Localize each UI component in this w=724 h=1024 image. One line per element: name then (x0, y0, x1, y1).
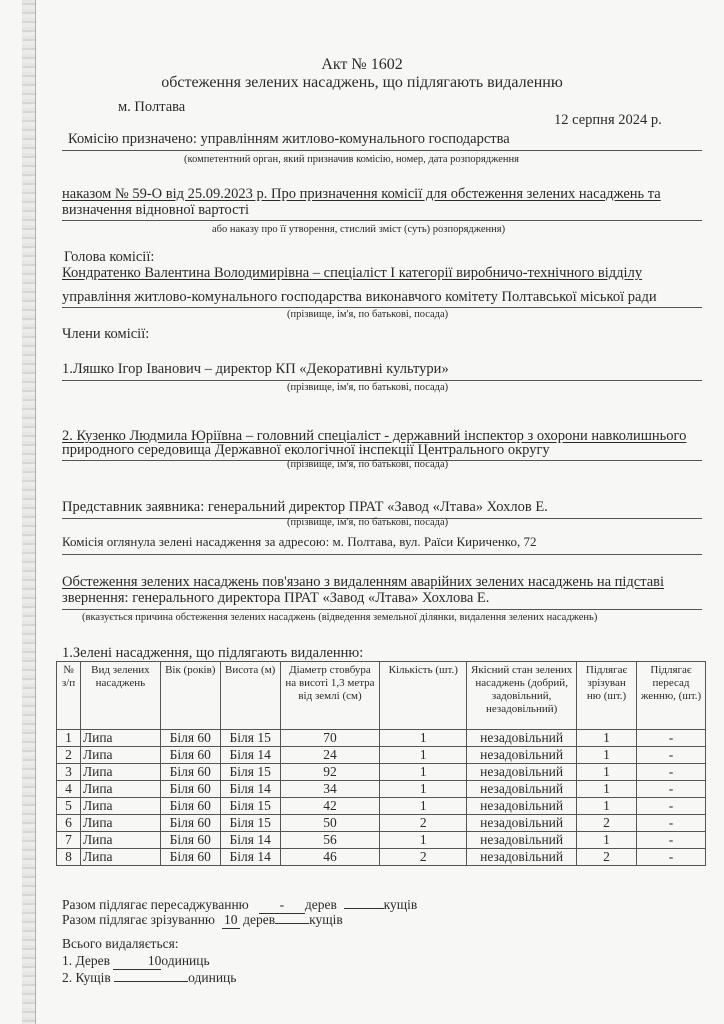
divider (62, 609, 702, 610)
act-date: 12 серпня 2024 р. (554, 112, 662, 129)
col-header-age: Вік (років) (160, 662, 220, 730)
member-2-hint: (прізвище, ім'я, по батькові, посада) (287, 459, 448, 470)
inspection-address: Комісія оглянула зелені насадження за ад… (62, 534, 536, 550)
total-cut: Разом підлягає зрізуванню 10 деревкущів (62, 912, 343, 929)
cell-diameter: 50 (280, 815, 380, 832)
cell-height: Біля 15 (220, 798, 280, 815)
cell-quantity: 2 (380, 815, 467, 832)
cell-to-cut: 1 (577, 730, 637, 747)
total-transplant-bushes (344, 908, 384, 909)
cell-height: Біля 15 (220, 815, 280, 832)
divider (62, 307, 702, 308)
cell-number: 3 (57, 764, 81, 781)
removed-bushes-label: 2. Кущів (62, 970, 111, 985)
trees-word: дерев (305, 897, 337, 912)
cell-to-cut: 1 (577, 747, 637, 764)
cell-height: Біля 14 (220, 781, 280, 798)
cell-age: Біля 60 (160, 798, 220, 815)
cell-condition: незадовільний (467, 730, 577, 747)
cell-quantity: 2 (380, 849, 467, 866)
cell-number: 4 (57, 781, 81, 798)
col-header-species: Вид зелених насаджень (80, 662, 160, 730)
divider (62, 150, 702, 151)
col-header-to-cut: Підлягає зрізуван ню (шт.) (577, 662, 637, 730)
trees-table: № з/п Вид зелених насаджень Вік (років) … (56, 661, 706, 866)
cell-age: Біля 60 (160, 832, 220, 849)
head-line-2: управління житлово-комунального господар… (62, 289, 657, 306)
cell-to-transplant: - (637, 832, 706, 849)
cell-species: Липа (80, 849, 160, 866)
cell-to-cut: 1 (577, 832, 637, 849)
cell-age: Біля 60 (160, 781, 220, 798)
cell-quantity: 1 (380, 730, 467, 747)
cell-quantity: 1 (380, 764, 467, 781)
removed-bushes-count (114, 981, 188, 982)
cell-condition: незадовільний (467, 832, 577, 849)
col-header-height: Висота (м) (220, 662, 280, 730)
order-hint: або наказу про її утворення, стислий змі… (212, 224, 505, 235)
cell-condition: незадовільний (467, 747, 577, 764)
reason-line-1: Обстеження зелених насаджень пов'язано з… (62, 574, 664, 591)
act-subtitle: обстеження зелених насаджень, що підляга… (0, 74, 724, 92)
col-header-condition: Якісний стан зелених насаджень (добрий, … (467, 662, 577, 730)
removed-trees-count: 10 (113, 953, 161, 970)
cell-to-transplant: - (637, 730, 706, 747)
document-page: Акт № 1602 обстеження зелених насаджень,… (0, 0, 724, 1024)
divider (62, 380, 702, 381)
cell-quantity: 1 (380, 781, 467, 798)
order-line-1: наказом № 59-О від 25.09.2023 р. Про при… (62, 186, 661, 203)
cell-number: 2 (57, 747, 81, 764)
order-line-2: визначення відновної вартості (62, 202, 249, 219)
cell-species: Липа (80, 781, 160, 798)
divider (62, 220, 702, 221)
applicant-hint: (прізвище, ім'я, по батькові, посада) (287, 517, 448, 528)
cell-diameter: 42 (280, 798, 380, 815)
units-word: одиниць (188, 970, 236, 985)
commission-appointed: Комісію призначено: управлінням житлово-… (68, 131, 510, 148)
cell-height: Біля 14 (220, 832, 280, 849)
divider (62, 554, 702, 555)
cell-to-cut: 1 (577, 764, 637, 781)
cell-diameter: 92 (280, 764, 380, 781)
table-row: 3ЛипаБіля 60Біля 15921незадовільний1- (57, 764, 706, 781)
cell-to-cut: 1 (577, 798, 637, 815)
member-2-line-2: природного середовища Державної екологіч… (62, 442, 550, 459)
cell-diameter: 46 (280, 849, 380, 866)
cell-diameter: 70 (280, 730, 380, 747)
cell-quantity: 1 (380, 798, 467, 815)
cell-quantity: 1 (380, 832, 467, 849)
member-1: 1.Ляшко Ігор Іванович – директор КП «Дек… (62, 361, 449, 378)
reason-line-2: звернення: генерального директора ПРАТ «… (62, 590, 489, 607)
total-cut-label: Разом підлягає зрізуванню (62, 912, 215, 927)
cell-age: Біля 60 (160, 730, 220, 747)
cell-species: Липа (80, 764, 160, 781)
table-row: 6ЛипаБіля 60Біля 15502незадовільний2- (57, 815, 706, 832)
cell-to-transplant: - (637, 764, 706, 781)
cell-condition: незадовільний (467, 798, 577, 815)
cell-diameter: 56 (280, 832, 380, 849)
table-row: 7ЛипаБіля 60Біля 14561незадовільний1- (57, 832, 706, 849)
appointed-hint: (компетентний орган, який призначив комі… (184, 154, 519, 165)
total-cut-bushes (275, 923, 309, 924)
table-row: 4ЛипаБіля 60Біля 14341незадовільний1- (57, 781, 706, 798)
cell-to-transplant: - (637, 798, 706, 815)
cell-condition: незадовільний (467, 815, 577, 832)
cell-species: Липа (80, 832, 160, 849)
table-row: 2ЛипаБіля 60Біля 14241незадовільний1- (57, 747, 706, 764)
removed-label: Всього видаляється: (62, 936, 179, 952)
city: м. Полтава (118, 99, 185, 116)
reason-hint: (вказується причина обстеження зелених н… (82, 612, 597, 623)
cell-number: 8 (57, 849, 81, 866)
cell-species: Липа (80, 815, 160, 832)
cell-to-transplant: - (637, 781, 706, 798)
cell-to-cut: 2 (577, 815, 637, 832)
cell-to-cut: 2 (577, 849, 637, 866)
cell-diameter: 24 (280, 747, 380, 764)
cell-age: Біля 60 (160, 747, 220, 764)
cell-number: 6 (57, 815, 81, 832)
table-caption: 1.Зелені насадження, що підлягають видал… (62, 645, 363, 662)
head-label: Голова комісії: (64, 249, 154, 266)
cell-to-transplant: - (637, 747, 706, 764)
removed-bushes: 2. Кущів одиниць (62, 970, 236, 986)
col-header-number: № з/п (57, 662, 81, 730)
head-hint: (прізвище, ім'я, по батькові, посада) (287, 309, 448, 320)
units-word: одиниць (161, 953, 209, 968)
bushes-word: кущів (309, 912, 343, 927)
col-header-quantity: Кількість (шт.) (380, 662, 467, 730)
cell-species: Липа (80, 747, 160, 764)
head-line-1: Кондратенко Валентина Володимирівна – сп… (62, 265, 642, 282)
cell-age: Біля 60 (160, 815, 220, 832)
table-row: 5ЛипаБіля 60Біля 15421незадовільний1- (57, 798, 706, 815)
total-cut-trees: 10 (222, 912, 240, 929)
cell-species: Липа (80, 798, 160, 815)
cell-diameter: 34 (280, 781, 380, 798)
cell-to-transplant: - (637, 849, 706, 866)
cell-height: Біля 15 (220, 764, 280, 781)
table-header-row: № з/п Вид зелених насаджень Вік (років) … (57, 662, 706, 730)
trees-word: дерев (243, 912, 275, 927)
col-header-diameter: Діаметр стовбура на висоті 1,3 метра від… (280, 662, 380, 730)
cell-age: Біля 60 (160, 849, 220, 866)
cell-quantity: 1 (380, 747, 467, 764)
cell-to-transplant: - (637, 815, 706, 832)
cell-condition: незадовільний (467, 781, 577, 798)
cell-number: 7 (57, 832, 81, 849)
cell-height: Біля 14 (220, 747, 280, 764)
removed-trees-label: 1. Дерев (62, 953, 110, 968)
cell-height: Біля 14 (220, 849, 280, 866)
cell-species: Липа (80, 730, 160, 747)
removed-trees: 1. Дерев 10одиниць (62, 953, 210, 970)
cell-condition: незадовільний (467, 849, 577, 866)
applicant-representative: Представник заявника: генеральний директ… (62, 499, 548, 516)
bushes-word: кущів (384, 897, 418, 912)
cell-to-cut: 1 (577, 781, 637, 798)
cell-condition: незадовільний (467, 764, 577, 781)
cell-number: 1 (57, 730, 81, 747)
cell-height: Біля 15 (220, 730, 280, 747)
members-label: Члени комісії: (62, 326, 149, 343)
table-row: 8ЛипаБіля 60Біля 14462незадовільний2- (57, 849, 706, 866)
cell-number: 5 (57, 798, 81, 815)
total-transplant-label: Разом підлягає пересаджуванню (62, 897, 249, 912)
col-header-to-transplant: Підлягає пересад женню, (шт.) (637, 662, 706, 730)
member-1-hint: (прізвище, ім'я, по батькові, посада) (287, 382, 448, 393)
cell-age: Біля 60 (160, 764, 220, 781)
table-row: 1ЛипаБіля 60Біля 15701незадовільний1- (57, 730, 706, 747)
act-number: Акт № 1602 (0, 56, 724, 74)
